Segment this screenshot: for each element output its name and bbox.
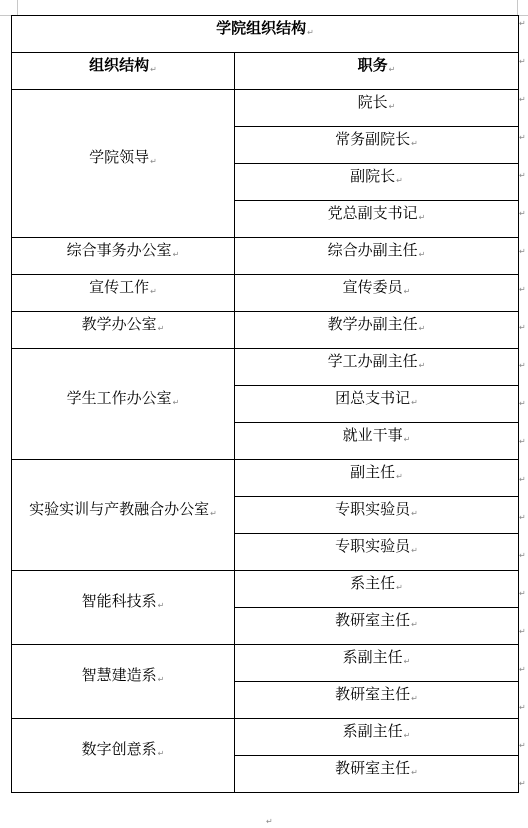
table-title-cell[interactable]: 学院组织结构↵ bbox=[12, 16, 519, 53]
paragraph-mark-icon: ↵ bbox=[173, 398, 180, 407]
paragraph-mark-icon: ↵ bbox=[411, 620, 418, 629]
paragraph-mark-icon: ↵ bbox=[158, 749, 165, 758]
paragraph-mark-icon: ↵ bbox=[158, 324, 165, 333]
row-end-paragraph-mark-icon: ↵ bbox=[519, 324, 526, 332]
header-org-cell[interactable]: 组织结构↵ bbox=[12, 53, 235, 90]
row-end-paragraph-mark-icon: ↵ bbox=[519, 210, 526, 218]
row-end-paragraph-mark-icon: ↵ bbox=[519, 780, 526, 788]
row-end-paragraph-mark-icon: ↵ bbox=[519, 58, 526, 66]
cell-text: 副院长 bbox=[350, 167, 395, 185]
position-cell[interactable]: 系副主任↵ bbox=[235, 645, 519, 682]
table-row: 宣传工作↵宣传委员↵ bbox=[12, 275, 519, 312]
row-end-paragraph-mark-icon: ↵ bbox=[519, 96, 526, 104]
cell-text: 智能科技系 bbox=[82, 592, 157, 610]
paragraph-mark-icon: ↵ bbox=[404, 731, 411, 740]
cell-text: 综合办副主任 bbox=[328, 241, 418, 259]
row-end-paragraph-mark-icon: ↵ bbox=[519, 248, 526, 256]
paragraph-mark-icon: ↵ bbox=[150, 65, 157, 74]
row-end-paragraph-mark-icon: ↵ bbox=[519, 362, 526, 370]
paragraph-mark-icon: ↵ bbox=[411, 398, 418, 407]
cell-text: 常务副院长 bbox=[335, 130, 410, 148]
cell-text: 宣传委员 bbox=[343, 278, 403, 296]
position-cell[interactable]: 教研室主任↵ bbox=[235, 608, 519, 645]
row-end-paragraph-mark-icon: ↵ bbox=[519, 628, 526, 636]
margin-guide-top-left-horizontal bbox=[0, 15, 11, 16]
position-cell[interactable]: 常务副院长↵ bbox=[235, 127, 519, 164]
header-org: 组织结构 bbox=[89, 56, 149, 74]
cell-text: 学工办副主任 bbox=[328, 352, 418, 370]
table-row: 智能科技系↵系主任↵ bbox=[12, 571, 519, 608]
cell-text: 教学办公室 bbox=[82, 315, 157, 333]
cell-text: 综合事务办公室 bbox=[67, 241, 172, 259]
paragraph-mark-icon: ↵ bbox=[307, 28, 314, 37]
paragraph-mark-icon: ↵ bbox=[389, 102, 396, 111]
org-structure-table: 学院组织结构↵ 组织结构↵ 职务↵ 学院领导↵院长↵常务副院长↵副院长↵党总副支… bbox=[11, 15, 519, 793]
paragraph-mark-icon: ↵ bbox=[158, 601, 165, 610]
row-end-paragraph-mark-icon: ↵ bbox=[519, 400, 526, 408]
position-cell[interactable]: 副主任↵ bbox=[235, 460, 519, 497]
paragraph-mark-icon: ↵ bbox=[404, 657, 411, 666]
table-row: 学院领导↵院长↵ bbox=[12, 90, 519, 127]
table-title: 学院组织结构 bbox=[216, 19, 306, 37]
paragraph-mark-icon: ↵ bbox=[419, 213, 426, 222]
row-end-paragraph-mark-icon: ↵ bbox=[519, 20, 526, 28]
paragraph-mark-icon: ↵ bbox=[158, 675, 165, 684]
header-position: 职务 bbox=[358, 56, 388, 74]
paragraph-mark-icon: ↵ bbox=[411, 768, 418, 777]
org-unit-cell[interactable]: 数字创意系↵ bbox=[12, 719, 235, 793]
row-end-paragraph-mark-icon: ↵ bbox=[519, 134, 526, 142]
row-end-paragraph-mark-icon: ↵ bbox=[519, 476, 526, 484]
position-cell[interactable]: 教研室主任↵ bbox=[235, 756, 519, 793]
paragraph-mark-icon: ↵ bbox=[150, 157, 157, 166]
cell-text: 教研室主任 bbox=[335, 685, 410, 703]
position-cell[interactable]: 教学办副主任↵ bbox=[235, 312, 519, 349]
paragraph-mark-icon: ↵ bbox=[150, 287, 157, 296]
cell-text: 院长 bbox=[358, 93, 388, 111]
table-row: 综合事务办公室↵综合办副主任↵ bbox=[12, 238, 519, 275]
cell-text: 学生工作办公室 bbox=[67, 389, 172, 407]
row-end-paragraph-mark-icon: ↵ bbox=[519, 666, 526, 674]
paragraph-mark-icon: ↵ bbox=[404, 435, 411, 444]
cell-text: 教研室主任 bbox=[335, 611, 410, 629]
margin-guide-top-right-horizontal bbox=[518, 15, 528, 16]
paragraph-mark-icon: ↵ bbox=[404, 287, 411, 296]
cell-text: 学院领导 bbox=[89, 148, 149, 166]
position-cell[interactable]: 学工办副主任↵ bbox=[235, 349, 519, 386]
table-row: 数字创意系↵系副主任↵ bbox=[12, 719, 519, 756]
org-unit-cell[interactable]: 教学办公室↵ bbox=[12, 312, 235, 349]
cell-text: 数字创意系 bbox=[82, 740, 157, 758]
position-cell[interactable]: 院长↵ bbox=[235, 90, 519, 127]
paragraph-mark-icon: ↵ bbox=[419, 324, 426, 333]
position-cell[interactable]: 系主任↵ bbox=[235, 571, 519, 608]
paragraph-mark-icon: ↵ bbox=[396, 583, 403, 592]
position-cell[interactable]: 宣传委员↵ bbox=[235, 275, 519, 312]
row-end-paragraph-mark-icon: ↵ bbox=[519, 514, 526, 522]
row-end-paragraph-mark-icon: ↵ bbox=[519, 590, 526, 598]
table-row: 教学办公室↵教学办副主任↵ bbox=[12, 312, 519, 349]
cell-text: 专职实验员 bbox=[335, 537, 410, 555]
paragraph-mark-icon: ↵ bbox=[419, 361, 426, 370]
paragraph-mark-icon: ↵ bbox=[411, 694, 418, 703]
paragraph-mark-icon: ↵ bbox=[411, 546, 418, 555]
paragraph-mark-icon: ↵ bbox=[411, 509, 418, 518]
cell-text: 团总支书记 bbox=[335, 389, 410, 407]
org-unit-cell[interactable]: 实验实训与产教融合办公室↵ bbox=[12, 460, 235, 571]
row-end-paragraph-mark-icon: ↵ bbox=[519, 552, 526, 560]
org-unit-cell[interactable]: 学院领导↵ bbox=[12, 90, 235, 238]
cell-text: 副主任 bbox=[350, 463, 395, 481]
margin-guide-top-right-vertical bbox=[517, 0, 518, 15]
cell-text: 教研室主任 bbox=[335, 759, 410, 777]
position-cell[interactable]: 副院长↵ bbox=[235, 164, 519, 201]
position-cell[interactable]: 专职实验员↵ bbox=[235, 497, 519, 534]
cell-text: 系副主任 bbox=[343, 648, 403, 666]
margin-guide-top-left-vertical bbox=[17, 0, 18, 15]
row-end-paragraph-mark-icon: ↵ bbox=[519, 286, 526, 294]
row-end-paragraph-mark-icon: ↵ bbox=[519, 438, 526, 446]
position-cell[interactable]: 综合办副主任↵ bbox=[235, 238, 519, 275]
paragraph-mark-icon: ↵ bbox=[173, 250, 180, 259]
cell-text: 智慧建造系 bbox=[82, 666, 157, 684]
position-cell[interactable]: 专职实验员↵ bbox=[235, 534, 519, 571]
cell-text: 系副主任 bbox=[343, 722, 403, 740]
org-unit-cell[interactable]: 宣传工作↵ bbox=[12, 275, 235, 312]
position-cell[interactable]: 就业干事↵ bbox=[235, 423, 519, 460]
table-row: 学生工作办公室↵学工办副主任↵ bbox=[12, 349, 519, 386]
paragraph-mark-icon: ↵ bbox=[389, 65, 396, 74]
table-title-row: 学院组织结构↵ bbox=[12, 16, 519, 53]
cell-text: 就业干事 bbox=[343, 426, 403, 444]
table-row: 实验实训与产教融合办公室↵副主任↵ bbox=[12, 460, 519, 497]
cell-text: 实验实训与产教融合办公室 bbox=[29, 500, 209, 518]
header-position-cell[interactable]: 职务↵ bbox=[235, 53, 519, 90]
cell-text: 教学办副主任 bbox=[328, 315, 418, 333]
position-cell[interactable]: 系副主任↵ bbox=[235, 719, 519, 756]
row-end-paragraph-mark-icon: ↵ bbox=[519, 742, 526, 750]
paragraph-mark-icon: ↵ bbox=[396, 472, 403, 481]
cell-text: 系主任 bbox=[350, 574, 395, 592]
cell-text: 专职实验员 bbox=[335, 500, 410, 518]
paragraph-mark-icon: ↵ bbox=[419, 250, 426, 259]
row-end-paragraph-mark-icon: ↵ bbox=[519, 704, 526, 712]
document-end-paragraph-mark-icon: ↵ bbox=[266, 818, 273, 826]
paragraph-mark-icon: ↵ bbox=[210, 509, 217, 518]
position-cell[interactable]: 团总支书记↵ bbox=[235, 386, 519, 423]
row-end-paragraph-mark-icon: ↵ bbox=[519, 172, 526, 180]
cell-text: 党总副支书记 bbox=[328, 204, 418, 222]
table-header-row: 组织结构↵ 职务↵ bbox=[12, 53, 519, 90]
position-cell[interactable]: 党总副支书记↵ bbox=[235, 201, 519, 238]
org-unit-cell[interactable]: 综合事务办公室↵ bbox=[12, 238, 235, 275]
org-unit-cell[interactable]: 学生工作办公室↵ bbox=[12, 349, 235, 460]
org-unit-cell[interactable]: 智慧建造系↵ bbox=[12, 645, 235, 719]
paragraph-mark-icon: ↵ bbox=[396, 176, 403, 185]
org-unit-cell[interactable]: 智能科技系↵ bbox=[12, 571, 235, 645]
paragraph-mark-icon: ↵ bbox=[411, 139, 418, 148]
table-row: 智慧建造系↵系副主任↵ bbox=[12, 645, 519, 682]
position-cell[interactable]: 教研室主任↵ bbox=[235, 682, 519, 719]
cell-text: 宣传工作 bbox=[89, 278, 149, 296]
